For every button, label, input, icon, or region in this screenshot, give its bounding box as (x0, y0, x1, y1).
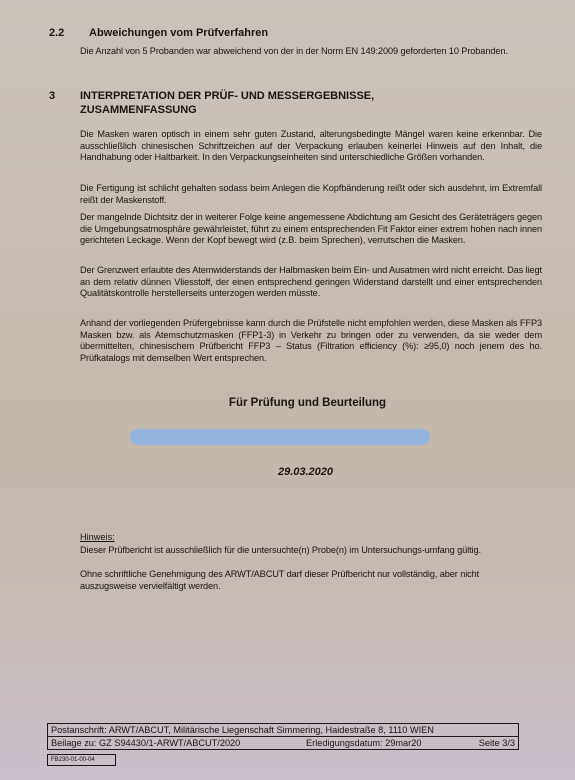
signature-date: 29.03.2020 (36, 466, 575, 478)
footer-address: Postanschrift: ARWT/ABCUT, Militärische … (51, 724, 434, 736)
document-page: 2.2 Abweichungen vom Prüfverfahren Die A… (0, 0, 575, 780)
hinweis-line-1: Dieser Prüfbericht ist ausschließlich fü… (80, 545, 530, 557)
paragraph-visual-condition: Die Masken waren optisch in einem sehr g… (80, 129, 542, 164)
footer-address-row: Postanschrift: ARWT/ABCUT, Militärische … (48, 724, 518, 736)
paragraph-conclusion: Anhand der vorliegenden Prüfergebnisse k… (80, 318, 542, 364)
paragraph-breathing-resistance: Der Grenzwert erlaubte des Atemwiderstan… (80, 265, 542, 300)
form-code: FB230-01-00-04 (47, 754, 116, 766)
section-title-3-line1: INTERPRETATION DER PRÜF- UND MESSERGEBNI… (80, 90, 374, 102)
section-2-2-text: Die Anzahl von 5 Probanden war abweichen… (80, 46, 520, 58)
hinweis-line-2: Ohne schriftliche Genehmigung des ARWT/A… (80, 569, 530, 592)
paragraph-manufacturing: Die Fertigung ist schlicht gehalten soda… (80, 183, 542, 206)
section-number-3: 3 (49, 90, 55, 102)
redacted-signature (130, 429, 430, 445)
section-title-2-2: Abweichungen vom Prüfverfahren (89, 27, 268, 39)
footer-page-number: Seite 3/3 (461, 737, 515, 749)
paragraph-seal-fit: Der mangelnde Dichtsitz der in weiterer … (80, 212, 542, 247)
section-number-2-2: 2.2 (49, 27, 64, 39)
section-title-3-line2: ZUSAMMENFASSUNG (80, 104, 197, 116)
footer-box: Postanschrift: ARWT/ABCUT, Militärische … (47, 723, 519, 750)
footer-info-row: Beilage zu: GZ S94430/1-ARWT/ABCUT/2020 … (48, 736, 518, 749)
footer-attachment: Beilage zu: GZ S94430/1-ARWT/ABCUT/2020 (51, 737, 306, 749)
signature-heading: Für Prüfung und Beurteilung (40, 397, 575, 409)
hinweis-label: Hinweis: (80, 532, 115, 542)
footer-completion-date: Erledigungsdatum: 29mar20 (306, 737, 461, 749)
